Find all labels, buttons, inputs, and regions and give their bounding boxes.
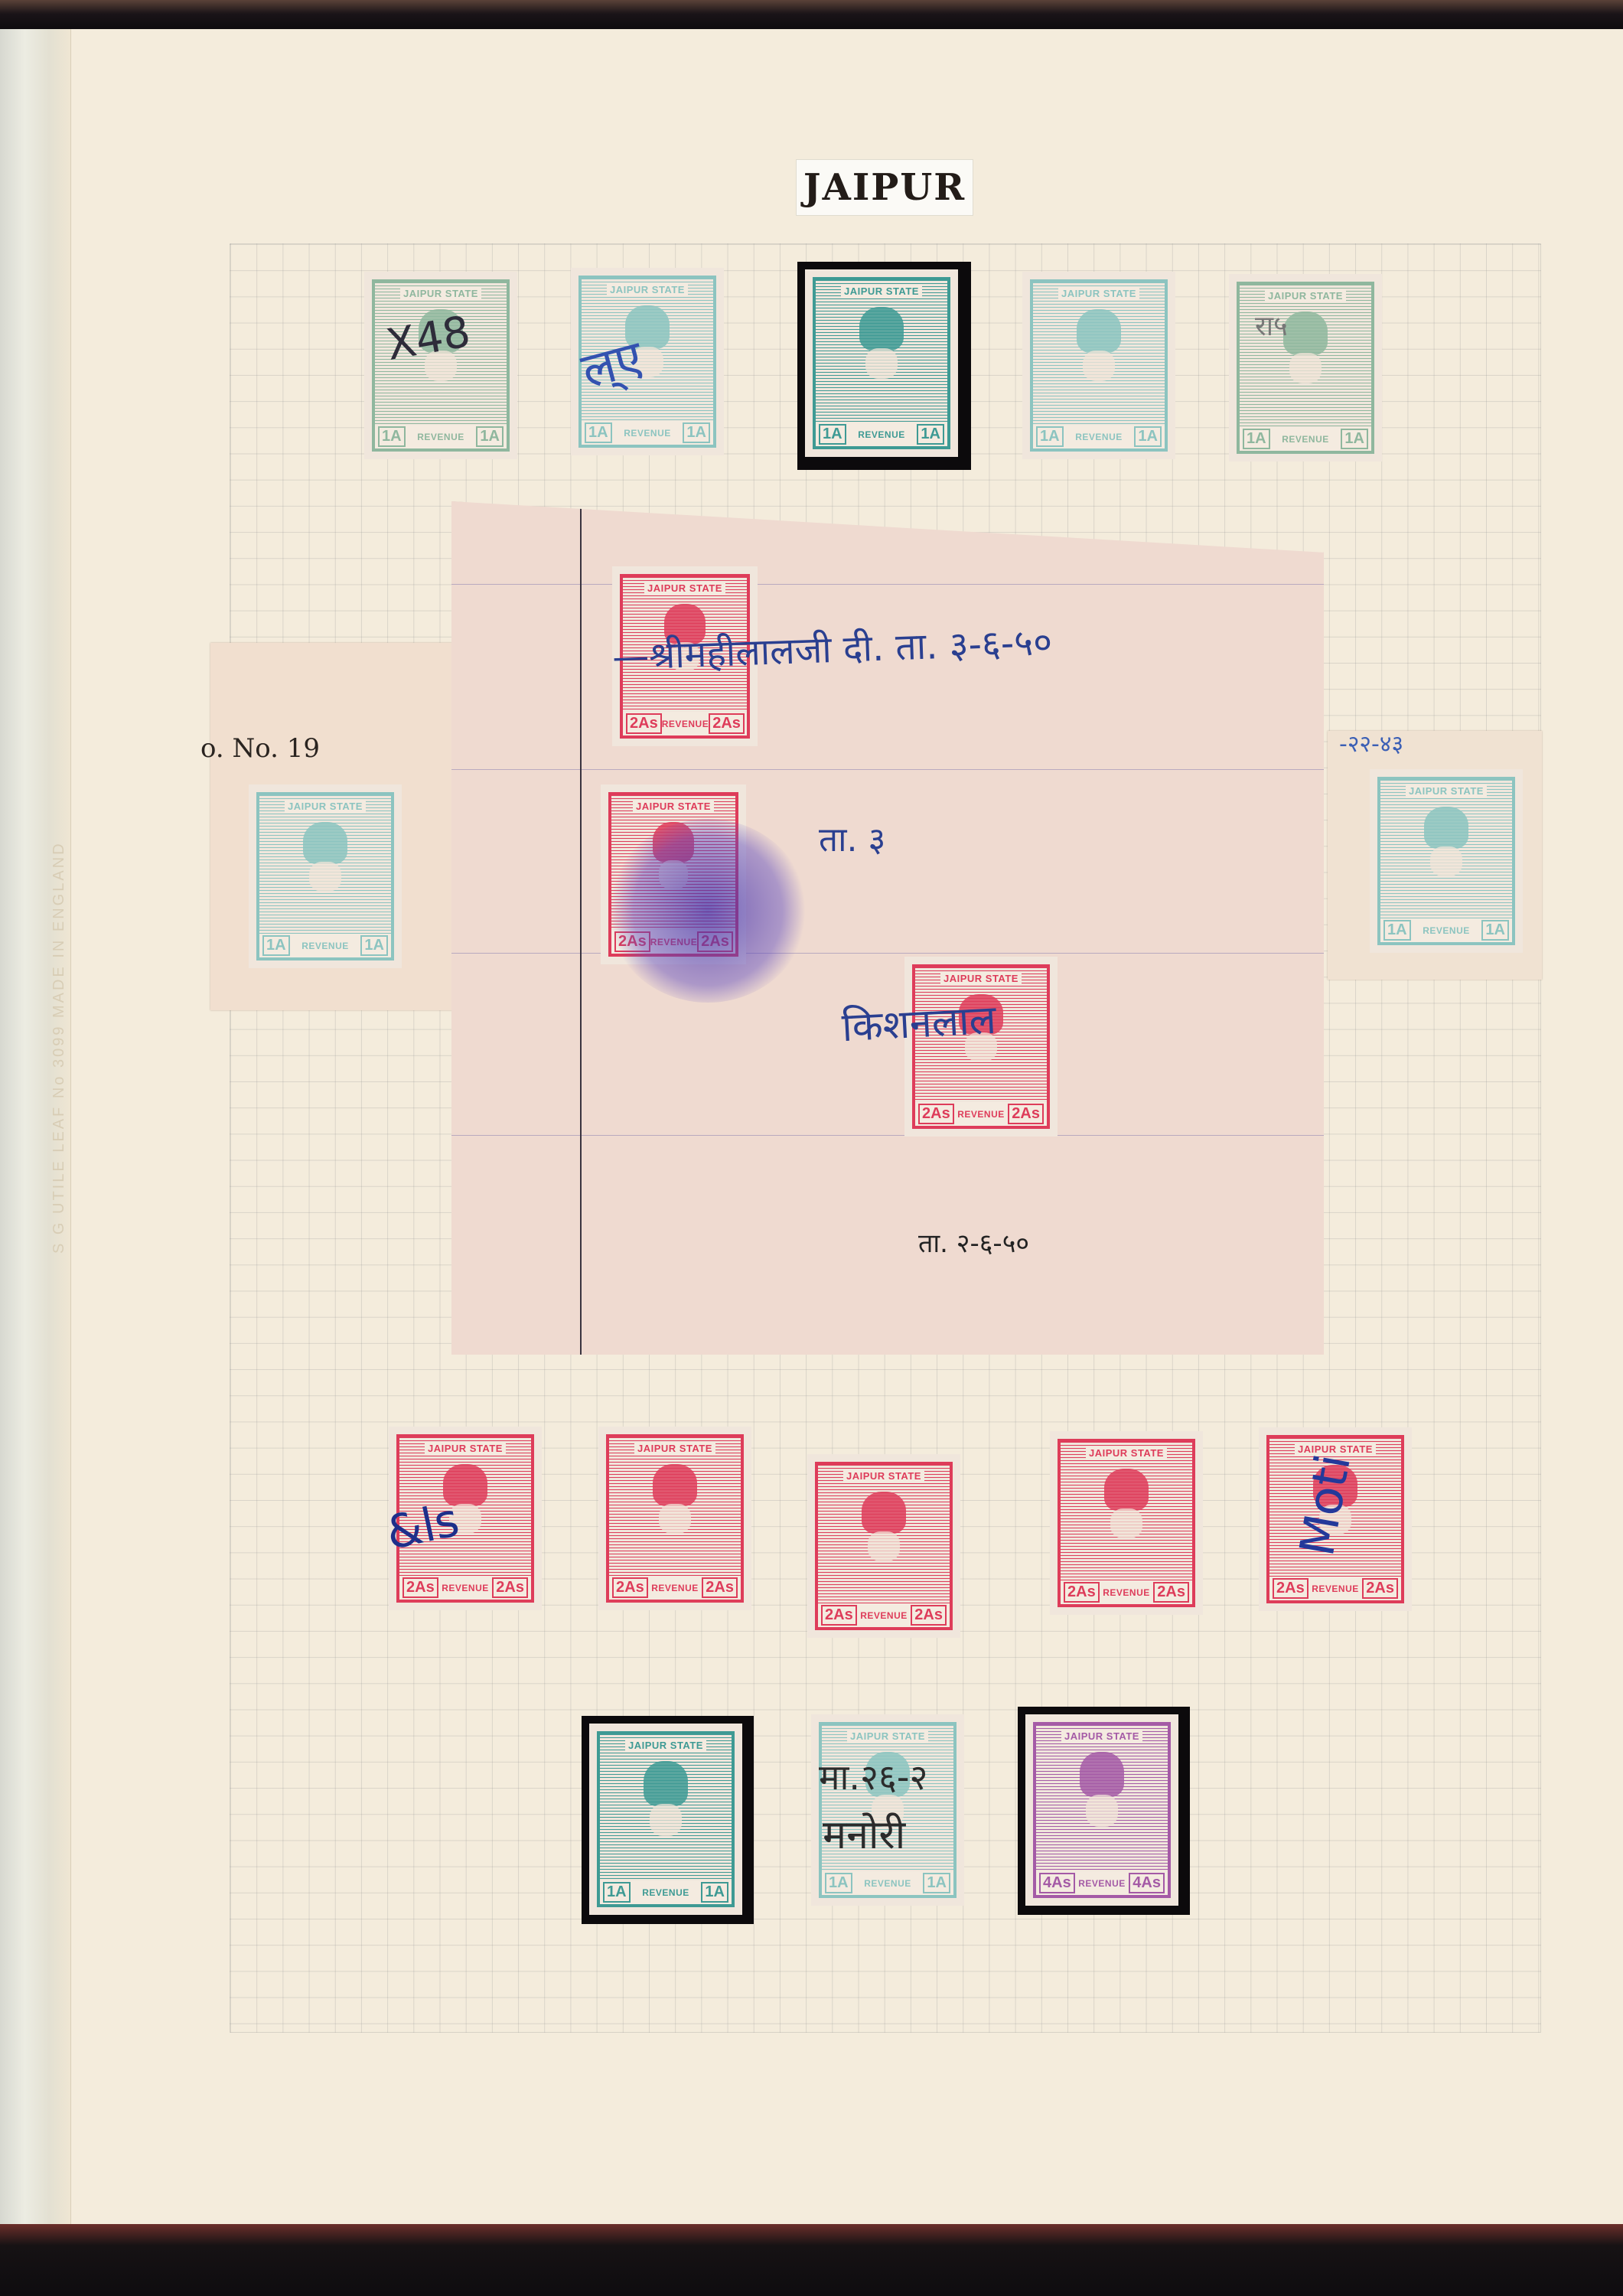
denomination-right: 1A bbox=[1481, 920, 1509, 941]
stamp-value-panel: 2AsREVENUE2As bbox=[818, 1603, 950, 1627]
denomination-right: 1A bbox=[360, 935, 388, 956]
stamp-value-panel: 2AsREVENUE2As bbox=[609, 1576, 741, 1600]
denomination-right: 4As bbox=[1129, 1873, 1165, 1893]
revenue-label: REVENUE bbox=[662, 719, 709, 729]
revenue-label: REVENUE bbox=[642, 1887, 689, 1898]
maharaja-portrait bbox=[647, 599, 722, 712]
stamp-on-fragment-right[interactable]: JAIPUR STATE1AREVENUE1A bbox=[1370, 769, 1523, 953]
revenue-label: REVENUE bbox=[1078, 1878, 1126, 1889]
stamp-design: JAIPUR STATE4AsREVENUE4As bbox=[1033, 1722, 1171, 1898]
stamp-header-text: JAIPUR STATE bbox=[633, 800, 714, 813]
denomination-right: 2As bbox=[1153, 1582, 1189, 1603]
stamp-design: JAIPUR STATE2AsREVENUE2As bbox=[606, 1434, 744, 1603]
revenue-label: REVENUE bbox=[864, 1878, 911, 1889]
maharaja-portrait bbox=[626, 1756, 705, 1880]
stamp-value-panel: 1AREVENUE1A bbox=[259, 934, 391, 957]
stamp-design: JAIPUR STATE1AREVENUE1A bbox=[813, 277, 950, 449]
stamp-row1-1[interactable]: JAIPUR STATE1AREVENUE1A bbox=[364, 272, 517, 459]
revenue-label: REVENUE bbox=[651, 1583, 699, 1593]
stamp-design: JAIPUR STATE1AREVENUE1A bbox=[578, 276, 716, 448]
revenue-label: REVENUE bbox=[1312, 1583, 1359, 1594]
stamp-value-panel: 2AsREVENUE2As bbox=[915, 1102, 1047, 1126]
stamp-header-text: JAIPUR STATE bbox=[940, 972, 1022, 985]
leaf-imprint: S G UTILE LEAF No 3099 MADE IN ENGLAND bbox=[51, 841, 68, 1254]
stamp-row3-3[interactable]: JAIPUR STATE2AsREVENUE2As bbox=[807, 1454, 960, 1638]
thumbprint bbox=[608, 819, 807, 1003]
stamp-header-text: JAIPUR STATE bbox=[400, 287, 481, 300]
page-title: JAIPUR bbox=[796, 159, 973, 216]
stamp-design: JAIPUR STATE2AsREVENUE2As bbox=[1058, 1439, 1195, 1607]
ruled-line bbox=[451, 1135, 1324, 1136]
stamp-header-text: JAIPUR STATE bbox=[847, 1730, 928, 1743]
maharaja-portrait bbox=[844, 1487, 923, 1603]
stamp-row4-2[interactable]: JAIPUR STATE1AREVENUE1A bbox=[811, 1714, 964, 1906]
stamp-header-text: JAIPUR STATE bbox=[425, 1442, 506, 1455]
stamp-row1-5[interactable]: JAIPUR STATE1AREVENUE1A bbox=[1229, 274, 1382, 461]
stamp-value-panel: 2AsREVENUE2As bbox=[1269, 1577, 1401, 1600]
stamp-value-panel: 1AREVENUE1A bbox=[816, 422, 947, 446]
stamp-design: JAIPUR STATE1AREVENUE1A bbox=[256, 792, 394, 960]
denomination-left: 1A bbox=[585, 422, 612, 443]
denomination-left: 2As bbox=[626, 713, 662, 734]
maharaja-portrait bbox=[285, 817, 364, 934]
stamp-design: JAIPUR STATE1AREVENUE1A bbox=[1030, 279, 1168, 452]
stamp-header-text: JAIPUR STATE bbox=[1295, 1443, 1376, 1456]
denomination-right: 2As bbox=[702, 1577, 738, 1598]
denomination-left: 1A bbox=[262, 935, 290, 956]
stamp-row1-2[interactable]: JAIPUR STATE1AREVENUE1A bbox=[571, 268, 724, 455]
denomination-left: 2As bbox=[821, 1605, 857, 1626]
stamp-header-text: JAIPUR STATE bbox=[843, 1469, 924, 1482]
denomination-right: 1A bbox=[1341, 429, 1368, 449]
maharaja-portrait bbox=[425, 1459, 504, 1576]
stamp-header-text: JAIPUR STATE bbox=[1058, 287, 1139, 300]
scan-bottom-edge bbox=[0, 2224, 1623, 2296]
stamp-on-fragment-left[interactable]: JAIPUR STATE1AREVENUE1A bbox=[249, 784, 402, 968]
maharaja-portrait bbox=[608, 301, 686, 421]
denomination-right: 1A bbox=[1134, 426, 1162, 447]
margin-line bbox=[580, 501, 582, 1355]
denomination-right: 1A bbox=[917, 424, 944, 445]
revenue-label: REVENUE bbox=[442, 1583, 489, 1593]
denomination-left: 4As bbox=[1039, 1873, 1075, 1893]
stamp-row3-2[interactable]: JAIPUR STATE2AsREVENUE2As bbox=[598, 1427, 751, 1610]
stamp-header-text: JAIPUR STATE bbox=[644, 582, 725, 595]
denomination-left: 2As bbox=[612, 1577, 648, 1598]
stamp-row4-3[interactable]: JAIPUR STATE4AsREVENUE4As bbox=[1025, 1714, 1178, 1906]
denomination-left: 2As bbox=[1273, 1578, 1309, 1599]
revenue-label: REVENUE bbox=[957, 1109, 1005, 1120]
stamp-design: JAIPUR STATE1AREVENUE1A bbox=[1377, 777, 1515, 945]
maharaja-portrait bbox=[1059, 305, 1138, 425]
stamp-value-panel: 1AREVENUE1A bbox=[600, 1880, 732, 1904]
denomination-left: 1A bbox=[819, 424, 846, 445]
stamp-value-panel: 2AsREVENUE2As bbox=[623, 712, 747, 735]
stamp-value-panel: 1AREVENUE1A bbox=[1380, 918, 1512, 942]
revenue-label: REVENUE bbox=[1075, 432, 1123, 442]
revenue-label: REVENUE bbox=[417, 432, 464, 442]
stamp-header-text: JAIPUR STATE bbox=[841, 285, 922, 298]
stamp-row3-4[interactable]: JAIPUR STATE2AsREVENUE2As bbox=[1050, 1431, 1203, 1615]
stamp-value-panel: 4AsREVENUE4As bbox=[1036, 1871, 1168, 1895]
document-number: o. No. 19 bbox=[200, 733, 320, 764]
stamp-design: JAIPUR STATE1AREVENUE1A bbox=[597, 1731, 735, 1907]
stamp-header-text: JAIPUR STATE bbox=[1086, 1446, 1167, 1459]
maharaja-portrait bbox=[941, 990, 1020, 1102]
denomination-right: 2As bbox=[1008, 1104, 1044, 1124]
denomination-right: 1A bbox=[683, 422, 710, 443]
denomination-left: 1A bbox=[603, 1882, 631, 1903]
denomination-right: 2As bbox=[1362, 1578, 1398, 1599]
denomination-left: 2As bbox=[918, 1104, 954, 1124]
maharaja-portrait bbox=[1062, 1747, 1141, 1871]
stamp-row1-4[interactable]: JAIPUR STATE1AREVENUE1A bbox=[1022, 272, 1175, 459]
maharaja-portrait bbox=[1406, 802, 1485, 918]
stamp-value-panel: 1AREVENUE1A bbox=[375, 425, 507, 448]
maharaja-portrait bbox=[848, 1747, 927, 1871]
denomination-right: 1A bbox=[701, 1882, 728, 1903]
stamp-row3-1[interactable]: JAIPUR STATE2AsREVENUE2As bbox=[389, 1427, 542, 1610]
denomination-left: 1A bbox=[1383, 920, 1411, 941]
stamp-header-text: JAIPUR STATE bbox=[607, 283, 688, 296]
revenue-label: REVENUE bbox=[858, 429, 905, 440]
denomination-right: 2As bbox=[911, 1605, 947, 1626]
page-spine: S G UTILE LEAF No 3099 MADE IN ENGLAND bbox=[0, 29, 71, 2226]
stamp-document-1[interactable]: JAIPUR STATE2AsREVENUE2As bbox=[612, 566, 758, 746]
ruled-line bbox=[451, 953, 1324, 954]
maharaja-portrait bbox=[1295, 1460, 1374, 1577]
denomination-left: 1A bbox=[825, 1873, 852, 1893]
stamp-value-panel: 1AREVENUE1A bbox=[582, 421, 713, 445]
revenue-document bbox=[451, 501, 1324, 1355]
stamp-document-3[interactable]: JAIPUR STATE2AsREVENUE2As bbox=[904, 957, 1058, 1137]
denomination-right: 2As bbox=[492, 1577, 528, 1598]
stamp-row3-5[interactable]: JAIPUR STATE2AsREVENUE2As bbox=[1259, 1427, 1412, 1611]
album-page: S G UTILE LEAF No 3099 MADE IN ENGLAND J… bbox=[0, 29, 1623, 2226]
stamp-design: JAIPUR STATE1AREVENUE1A bbox=[1237, 282, 1374, 454]
maharaja-portrait bbox=[1266, 307, 1344, 427]
stamp-header-text: JAIPUR STATE bbox=[634, 1442, 715, 1455]
revenue-label: REVENUE bbox=[1282, 434, 1329, 445]
stamp-design: JAIPUR STATE1AREVENUE1A bbox=[372, 279, 510, 452]
stamp-design: JAIPUR STATE2AsREVENUE2As bbox=[815, 1462, 953, 1630]
ruled-line bbox=[451, 584, 1324, 585]
stamp-header-text: JAIPUR STATE bbox=[1406, 784, 1487, 797]
stamp-value-panel: 1AREVENUE1A bbox=[1240, 427, 1371, 451]
denomination-left: 1A bbox=[378, 426, 406, 447]
denomination-right: 1A bbox=[923, 1873, 950, 1893]
stamp-row1-3[interactable]: JAIPUR STATE1AREVENUE1A bbox=[805, 269, 958, 457]
stamp-design: JAIPUR STATE2AsREVENUE2As bbox=[912, 964, 1050, 1129]
stamp-design: JAIPUR STATE2AsREVENUE2As bbox=[1266, 1435, 1404, 1603]
maharaja-portrait bbox=[842, 302, 921, 422]
maharaja-portrait bbox=[1087, 1464, 1165, 1580]
stamp-header-text: JAIPUR STATE bbox=[625, 1739, 706, 1752]
stamp-header-text: JAIPUR STATE bbox=[1061, 1730, 1142, 1743]
scan-top-edge bbox=[0, 0, 1623, 31]
stamp-row4-1[interactable]: JAIPUR STATE1AREVENUE1A bbox=[589, 1724, 742, 1915]
stamp-design: JAIPUR STATE2AsREVENUE2As bbox=[620, 574, 750, 739]
stamp-header-text: JAIPUR STATE bbox=[285, 800, 366, 813]
denomination-left: 1A bbox=[1243, 429, 1270, 449]
revenue-label: REVENUE bbox=[624, 428, 671, 439]
denomination-left: 1A bbox=[1036, 426, 1064, 447]
stamp-design: JAIPUR STATE1AREVENUE1A bbox=[819, 1722, 957, 1898]
stamp-value-panel: 1AREVENUE1A bbox=[1033, 425, 1165, 448]
maharaja-portrait bbox=[635, 1459, 714, 1576]
denomination-right: 1A bbox=[476, 426, 504, 447]
revenue-label: REVENUE bbox=[1423, 925, 1470, 936]
stamp-design: JAIPUR STATE2AsREVENUE2As bbox=[396, 1434, 534, 1603]
denomination-left: 2As bbox=[402, 1577, 438, 1598]
stamp-value-panel: 2AsREVENUE2As bbox=[1061, 1580, 1192, 1604]
revenue-label: REVENUE bbox=[860, 1610, 908, 1621]
ruled-line bbox=[451, 769, 1324, 770]
stamp-header-text: JAIPUR STATE bbox=[1265, 289, 1346, 302]
maharaja-portrait bbox=[401, 305, 480, 425]
revenue-label: REVENUE bbox=[301, 941, 349, 951]
revenue-label: REVENUE bbox=[1103, 1587, 1150, 1598]
denomination-right: 2As bbox=[709, 713, 745, 734]
stamp-value-panel: 1AREVENUE1A bbox=[822, 1871, 953, 1895]
denomination-left: 2As bbox=[1064, 1582, 1100, 1603]
stamp-value-panel: 2AsREVENUE2As bbox=[399, 1576, 531, 1600]
